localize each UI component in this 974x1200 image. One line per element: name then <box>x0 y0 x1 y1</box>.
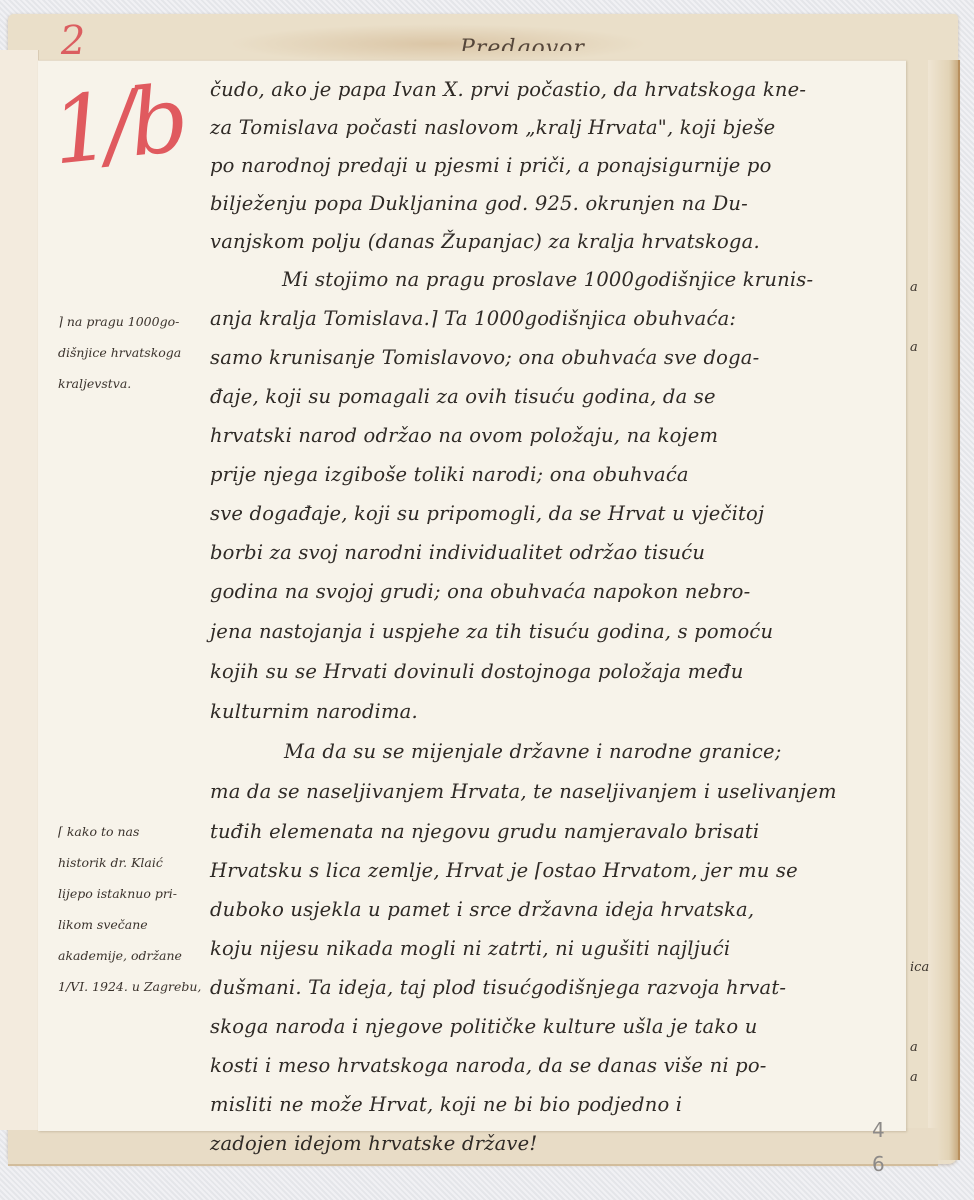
text-line: sve događaje, koji su pripomogli, da se … <box>210 502 764 525</box>
text-line: čudo, ako je papa Ivan X. prvi počastio,… <box>210 78 806 101</box>
text-line: prije njega izgiboše toliki narodi; ona … <box>210 463 689 486</box>
text-line: anja kralja Tomislava.⌉ Ta 1000godišnjic… <box>210 307 736 330</box>
margin-note-line: akademije, održane <box>58 940 201 971</box>
text-line: Mi stojimo na pragu proslave 1000godišnj… <box>282 268 813 291</box>
margin-note-line: kraljevstva. <box>58 368 181 399</box>
margin-note-line: historik dr. Klaić <box>58 847 201 878</box>
margin-note-line: ⌈ kako to nas <box>58 816 201 847</box>
text-line: godina na svojoj grudi; ona obuhvaća nap… <box>210 580 750 603</box>
margin-note-line: lijepo istaknuo pri- <box>58 878 201 909</box>
text-line: dušmani. Ta ideja, taj plod tisućgodišnj… <box>210 976 786 999</box>
text-line: bilježenju popa Dukljanina god. 925. okr… <box>210 192 748 215</box>
underlying-page-right-edge <box>928 60 960 1160</box>
edge-fragment: a <box>910 1040 918 1055</box>
underlying-page-number: 6 <box>872 1152 885 1176</box>
margin-note-line: dišnjice hrvatskoga <box>58 337 181 368</box>
text-line: Ma da su se mijenjale državne i narodne … <box>284 740 781 763</box>
text-line: po narodnoj predaji u pjesmi i priči, a … <box>210 154 772 177</box>
red-annotation: 1/b <box>48 73 187 178</box>
text-line: borbi za svoj narodni individualitet odr… <box>210 541 705 564</box>
edge-fragment: a <box>910 340 918 355</box>
text-line: jena nastojanja i uspjehe za tih tisuću … <box>210 620 773 643</box>
left-page-strip <box>0 50 39 1130</box>
text-line: kulturnim narodima. <box>210 700 418 723</box>
text-line: Hrvatsku s lica zemlje, Hrvat je ⌈ostao … <box>210 859 798 882</box>
edge-fragment: a <box>910 1070 918 1085</box>
text-line: skoga naroda i njegove političke kulture… <box>210 1015 757 1038</box>
text-line: đaje, koji su pomagali za ovih tisuću go… <box>210 385 716 408</box>
edge-fragment: ica <box>910 960 929 975</box>
margin-note-line: 1/VI. 1924. u Zagrebu, <box>58 971 201 1002</box>
edge-fragment: a <box>910 280 918 295</box>
text-line: tuđih elemenata na njegovu grudu namjera… <box>210 820 759 843</box>
text-line: samo krunisanje Tomislavovo; ona obuhvać… <box>210 346 759 369</box>
text-line: kosti i meso hrvatskoga naroda, da se da… <box>210 1054 767 1077</box>
margin-note-line: likom svečane <box>58 909 201 940</box>
margin-note-line: ⌉ na pragu 1000go- <box>58 306 181 337</box>
text-line: hrvatski narod održao na ovom položaju, … <box>210 424 718 447</box>
text-line: duboko usjekla u pamet i srce državna id… <box>210 898 754 921</box>
text-line: koju nijesu nikada mogli ni zatrti, ni u… <box>210 937 730 960</box>
text-line: vanjskom polju (danas Županjac) za kralj… <box>210 230 760 253</box>
sheet-page-number: 4 <box>872 1118 885 1142</box>
text-line: za Tomislava počasti naslovom „kralj Hrv… <box>210 116 775 139</box>
margin-note-1: ⌉ na pragu 1000go- dišnjice hrvatskoga k… <box>58 306 181 399</box>
water-stain <box>228 24 648 64</box>
text-line: ma da se naseljivanjem Hrvata, te naselj… <box>210 780 837 803</box>
text-line: kojih su se Hrvati dovinuli dostojnoga p… <box>210 660 744 683</box>
text-line: zadojen idejom hrvatske države! <box>210 1132 537 1155</box>
text-line: misliti ne može Hrvat, koji ne bi bio po… <box>210 1093 682 1116</box>
margin-note-2: ⌈ kako to nas historik dr. Klaić lijepo … <box>58 816 201 1002</box>
